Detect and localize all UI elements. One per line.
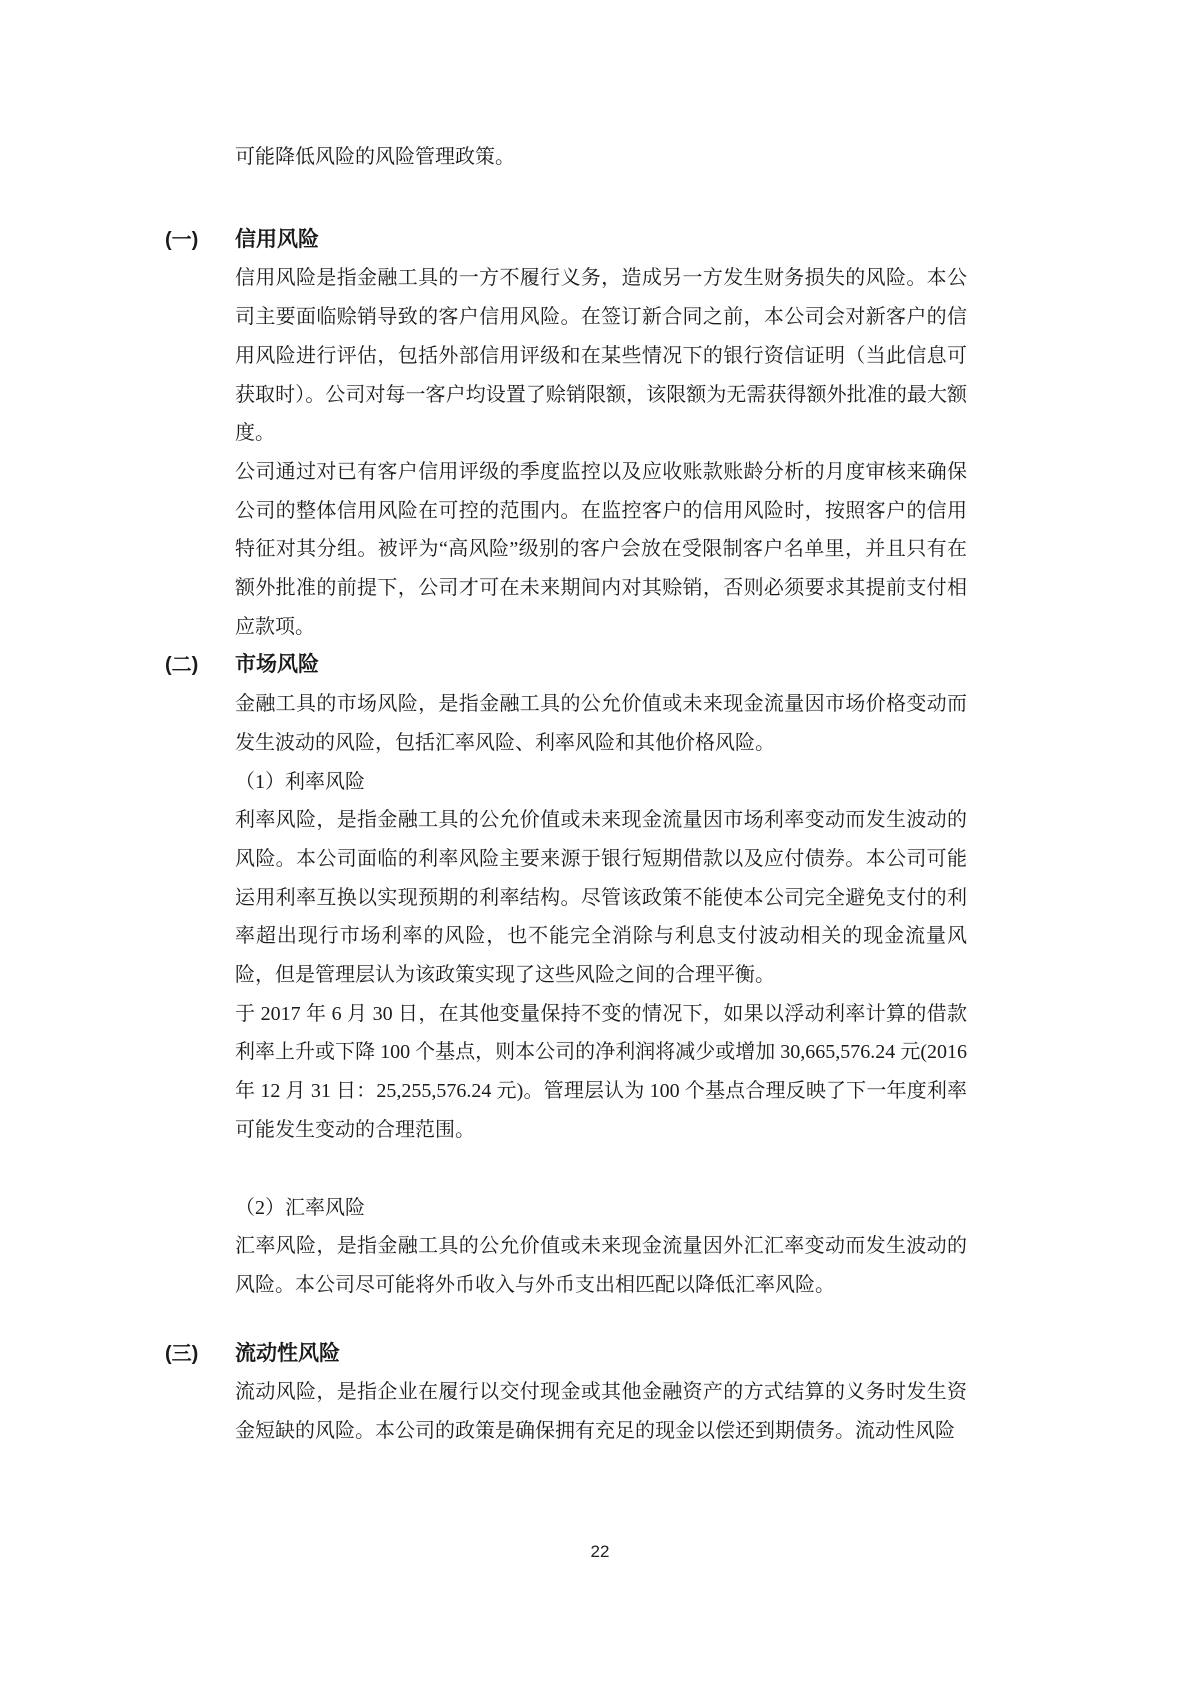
- section-credit-risk: (一) 信用风险 信用风险是指金融工具的一方不履行义务，造成另一方发生财务损失的…: [235, 221, 967, 647]
- body-paragraph: 于 2017 年 6 月 30 日，在其他变量保持不变的情况下，如果以浮动利率计…: [235, 995, 967, 1150]
- section-label: (一): [165, 221, 235, 260]
- intro-paragraph: 可能降低风险的风险管理政策。: [235, 138, 967, 177]
- section-label: (二): [165, 646, 235, 685]
- subsection-exchange-rate-risk: （2）汇率风险 汇率风险，是指金融工具的公允价值或未来现金流量因外汇汇率变动而发…: [235, 1189, 967, 1305]
- page-number: 22: [0, 1540, 1200, 1564]
- section-market-risk: (二) 市场风险 金融工具的市场风险，是指金融工具的公允价值或未来现金流量因市场…: [235, 646, 967, 1304]
- section-heading: (二) 市场风险: [165, 646, 967, 685]
- section-title: 信用风险: [235, 221, 319, 260]
- body-paragraph: 金融工具的市场风险，是指金融工具的公允价值或未来现金流量因市场价格变动而发生波动…: [235, 685, 967, 762]
- body-paragraph: 流动风险，是指企业在履行以交付现金或其他金融资产的方式结算的义务时发生资金短缺的…: [235, 1373, 967, 1450]
- document-page: 可能降低风险的风险管理政策。 (一) 信用风险 信用风险是指金融工具的一方不履行…: [0, 0, 1200, 1696]
- section-title: 流动性风险: [235, 1335, 340, 1374]
- page-content: 可能降低风险的风险管理政策。 (一) 信用风险 信用风险是指金融工具的一方不履行…: [235, 138, 967, 1451]
- section-heading: (一) 信用风险: [165, 221, 967, 260]
- body-paragraph: 公司通过对已有客户信用评级的季度监控以及应收账款账龄分析的月度审核来确保公司的整…: [235, 453, 967, 647]
- body-paragraph: 利率风险，是指金融工具的公允价值或未来现金流量因市场利率变动而发生波动的风险。本…: [235, 801, 967, 995]
- section-liquidity-risk: (三) 流动性风险 流动风险，是指企业在履行以交付现金或其他金融资产的方式结算的…: [235, 1335, 967, 1451]
- section-heading: (三) 流动性风险: [165, 1335, 967, 1374]
- subsection-interest-rate-risk: （1）利率风险 利率风险，是指金融工具的公允价值或未来现金流量因市场利率变动而发…: [235, 763, 967, 1150]
- subsection-heading: （2）汇率风险: [235, 1189, 967, 1228]
- section-label: (三): [165, 1335, 235, 1374]
- body-paragraph: 信用风险是指金融工具的一方不履行义务，造成另一方发生财务损失的风险。本公司主要面…: [235, 259, 967, 453]
- subsection-heading: （1）利率风险: [235, 763, 967, 802]
- body-paragraph: 汇率风险，是指金融工具的公允价值或未来现金流量因外汇汇率变动而发生波动的风险。本…: [235, 1227, 967, 1304]
- section-title: 市场风险: [235, 646, 319, 685]
